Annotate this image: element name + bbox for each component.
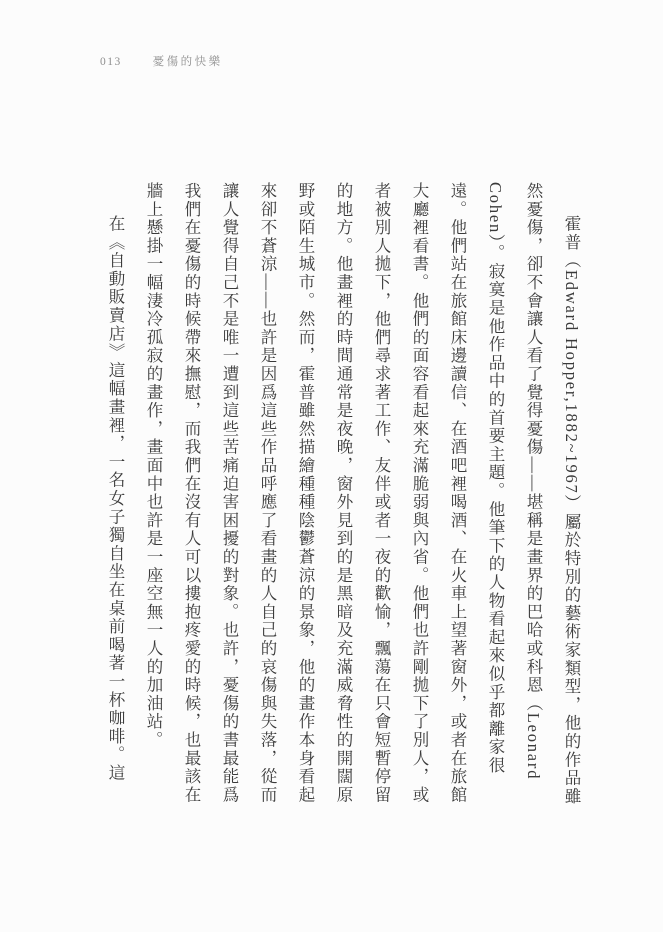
running-head: 013 憂傷的快樂 <box>100 53 223 69</box>
book-page: 013 憂傷的快樂 霍普（Edward Hopper,1882~1967）屬於特… <box>0 0 663 932</box>
paragraph-2: 在《自動販賣店》這幅畫裡，一名女子獨自坐在桌前喝著一杯咖啡。這 <box>96 182 134 808</box>
page-number: 013 <box>100 56 122 68</box>
paragraph-1: 霍普（Edward Hopper,1882~1967）屬於特別的藝術家類型，他的… <box>134 182 590 808</box>
book-title: 憂傷的快樂 <box>153 56 223 68</box>
vertical-body-text: 霍普（Edward Hopper,1882~1967）屬於特別的藝術家類型，他的… <box>96 182 590 808</box>
